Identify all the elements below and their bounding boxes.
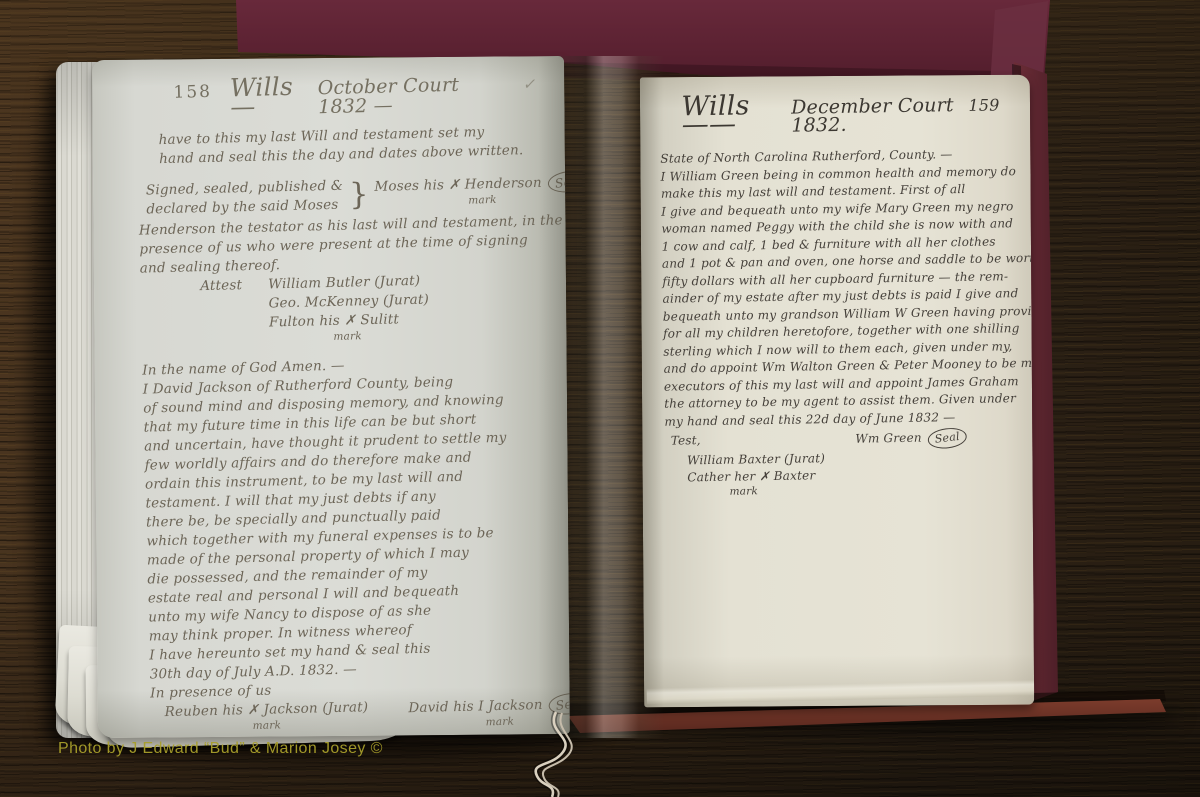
photographer-watermark: Photo by J Edward “Bud” & Marion Josey © [58,740,383,758]
bookmark-thread [0,0,1200,797]
photo-of-will-book: 158 Wills — October Court 1832 — ✓ have … [0,0,1200,797]
